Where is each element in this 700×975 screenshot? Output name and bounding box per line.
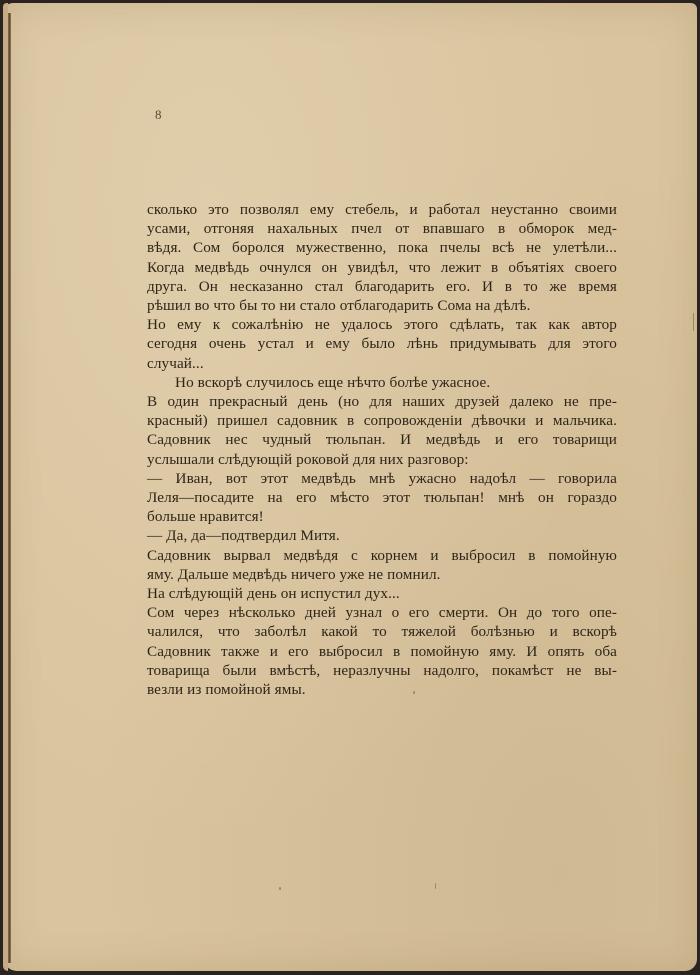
text-line: товарища были вмѣстѣ, неразлучны надолго… bbox=[147, 661, 617, 680]
text-line: красный) пришел садовник в сопровожденіи… bbox=[147, 411, 617, 430]
paper-speck bbox=[435, 883, 436, 889]
text-line: больше нравится! bbox=[147, 507, 617, 526]
text-line: — Иван, вот этот медвѣдь мнѣ ужасно надо… bbox=[147, 469, 617, 488]
body-text: сколько это позволял ему стебель, и рабо… bbox=[147, 200, 617, 699]
scanned-page: 8 сколько это позволял ему стебель, и ра… bbox=[3, 3, 697, 971]
text-line: Садовник нес чудный тюльпан. И медвѣдь и… bbox=[147, 430, 617, 449]
text-line: случай... bbox=[147, 354, 617, 373]
text-line: На слѣдующій день он испустил дух... bbox=[147, 584, 617, 603]
text-line: Садовник также и его выбросил в помойную… bbox=[147, 642, 617, 661]
text-line: Сом через нѣсколько дней узнал о его сме… bbox=[147, 603, 617, 622]
text-line: усами, отгоняя нахальных пчел от впавшаг… bbox=[147, 219, 617, 238]
text-line: Садовник вырвал медвѣдя с корнем и выбро… bbox=[147, 546, 617, 565]
text-line: сколько это позволял ему стебель, и рабо… bbox=[147, 200, 617, 219]
text-line: Но ему к сожалѣнію не удалось этого сдѣл… bbox=[147, 315, 617, 334]
page-number: 8 bbox=[155, 107, 162, 123]
text-line: Когда медвѣдь очнулся он увидѣл, что леж… bbox=[147, 258, 617, 277]
text-line: чалился, что заболѣл какой то тяжелой бо… bbox=[147, 622, 617, 641]
text-line: рѣшил во что бы то ни стало отблагодарит… bbox=[147, 296, 617, 315]
text-line: услышали слѣдующій роковой для них разго… bbox=[147, 450, 617, 469]
text-line: — Да, да—подтвердил Митя. bbox=[147, 526, 617, 545]
text-line: друга. Он несказанно стал благодарить ег… bbox=[147, 277, 617, 296]
text-line: Леля—посадите на его мѣсто этот тюльпан!… bbox=[147, 488, 617, 507]
paper-speck bbox=[693, 313, 694, 331]
text-line: вѣдя. Сом боролся мужественно, пока пчел… bbox=[147, 238, 617, 257]
text-line: сегодня очень устал и ему было лѣнь прид… bbox=[147, 334, 617, 353]
text-line: яму. Дальше медвѣдь ничего уже не помнил… bbox=[147, 565, 617, 584]
binding-gutter-line bbox=[8, 13, 11, 963]
paper-speck bbox=[279, 887, 281, 890]
text-line: В один прекрасный день (но для наших дру… bbox=[147, 392, 617, 411]
text-line: везли из помойной ямы. bbox=[147, 680, 617, 699]
text-line: Но вскорѣ случилось еще нѣчто болѣе ужас… bbox=[147, 373, 617, 392]
paper-speck bbox=[413, 691, 415, 694]
